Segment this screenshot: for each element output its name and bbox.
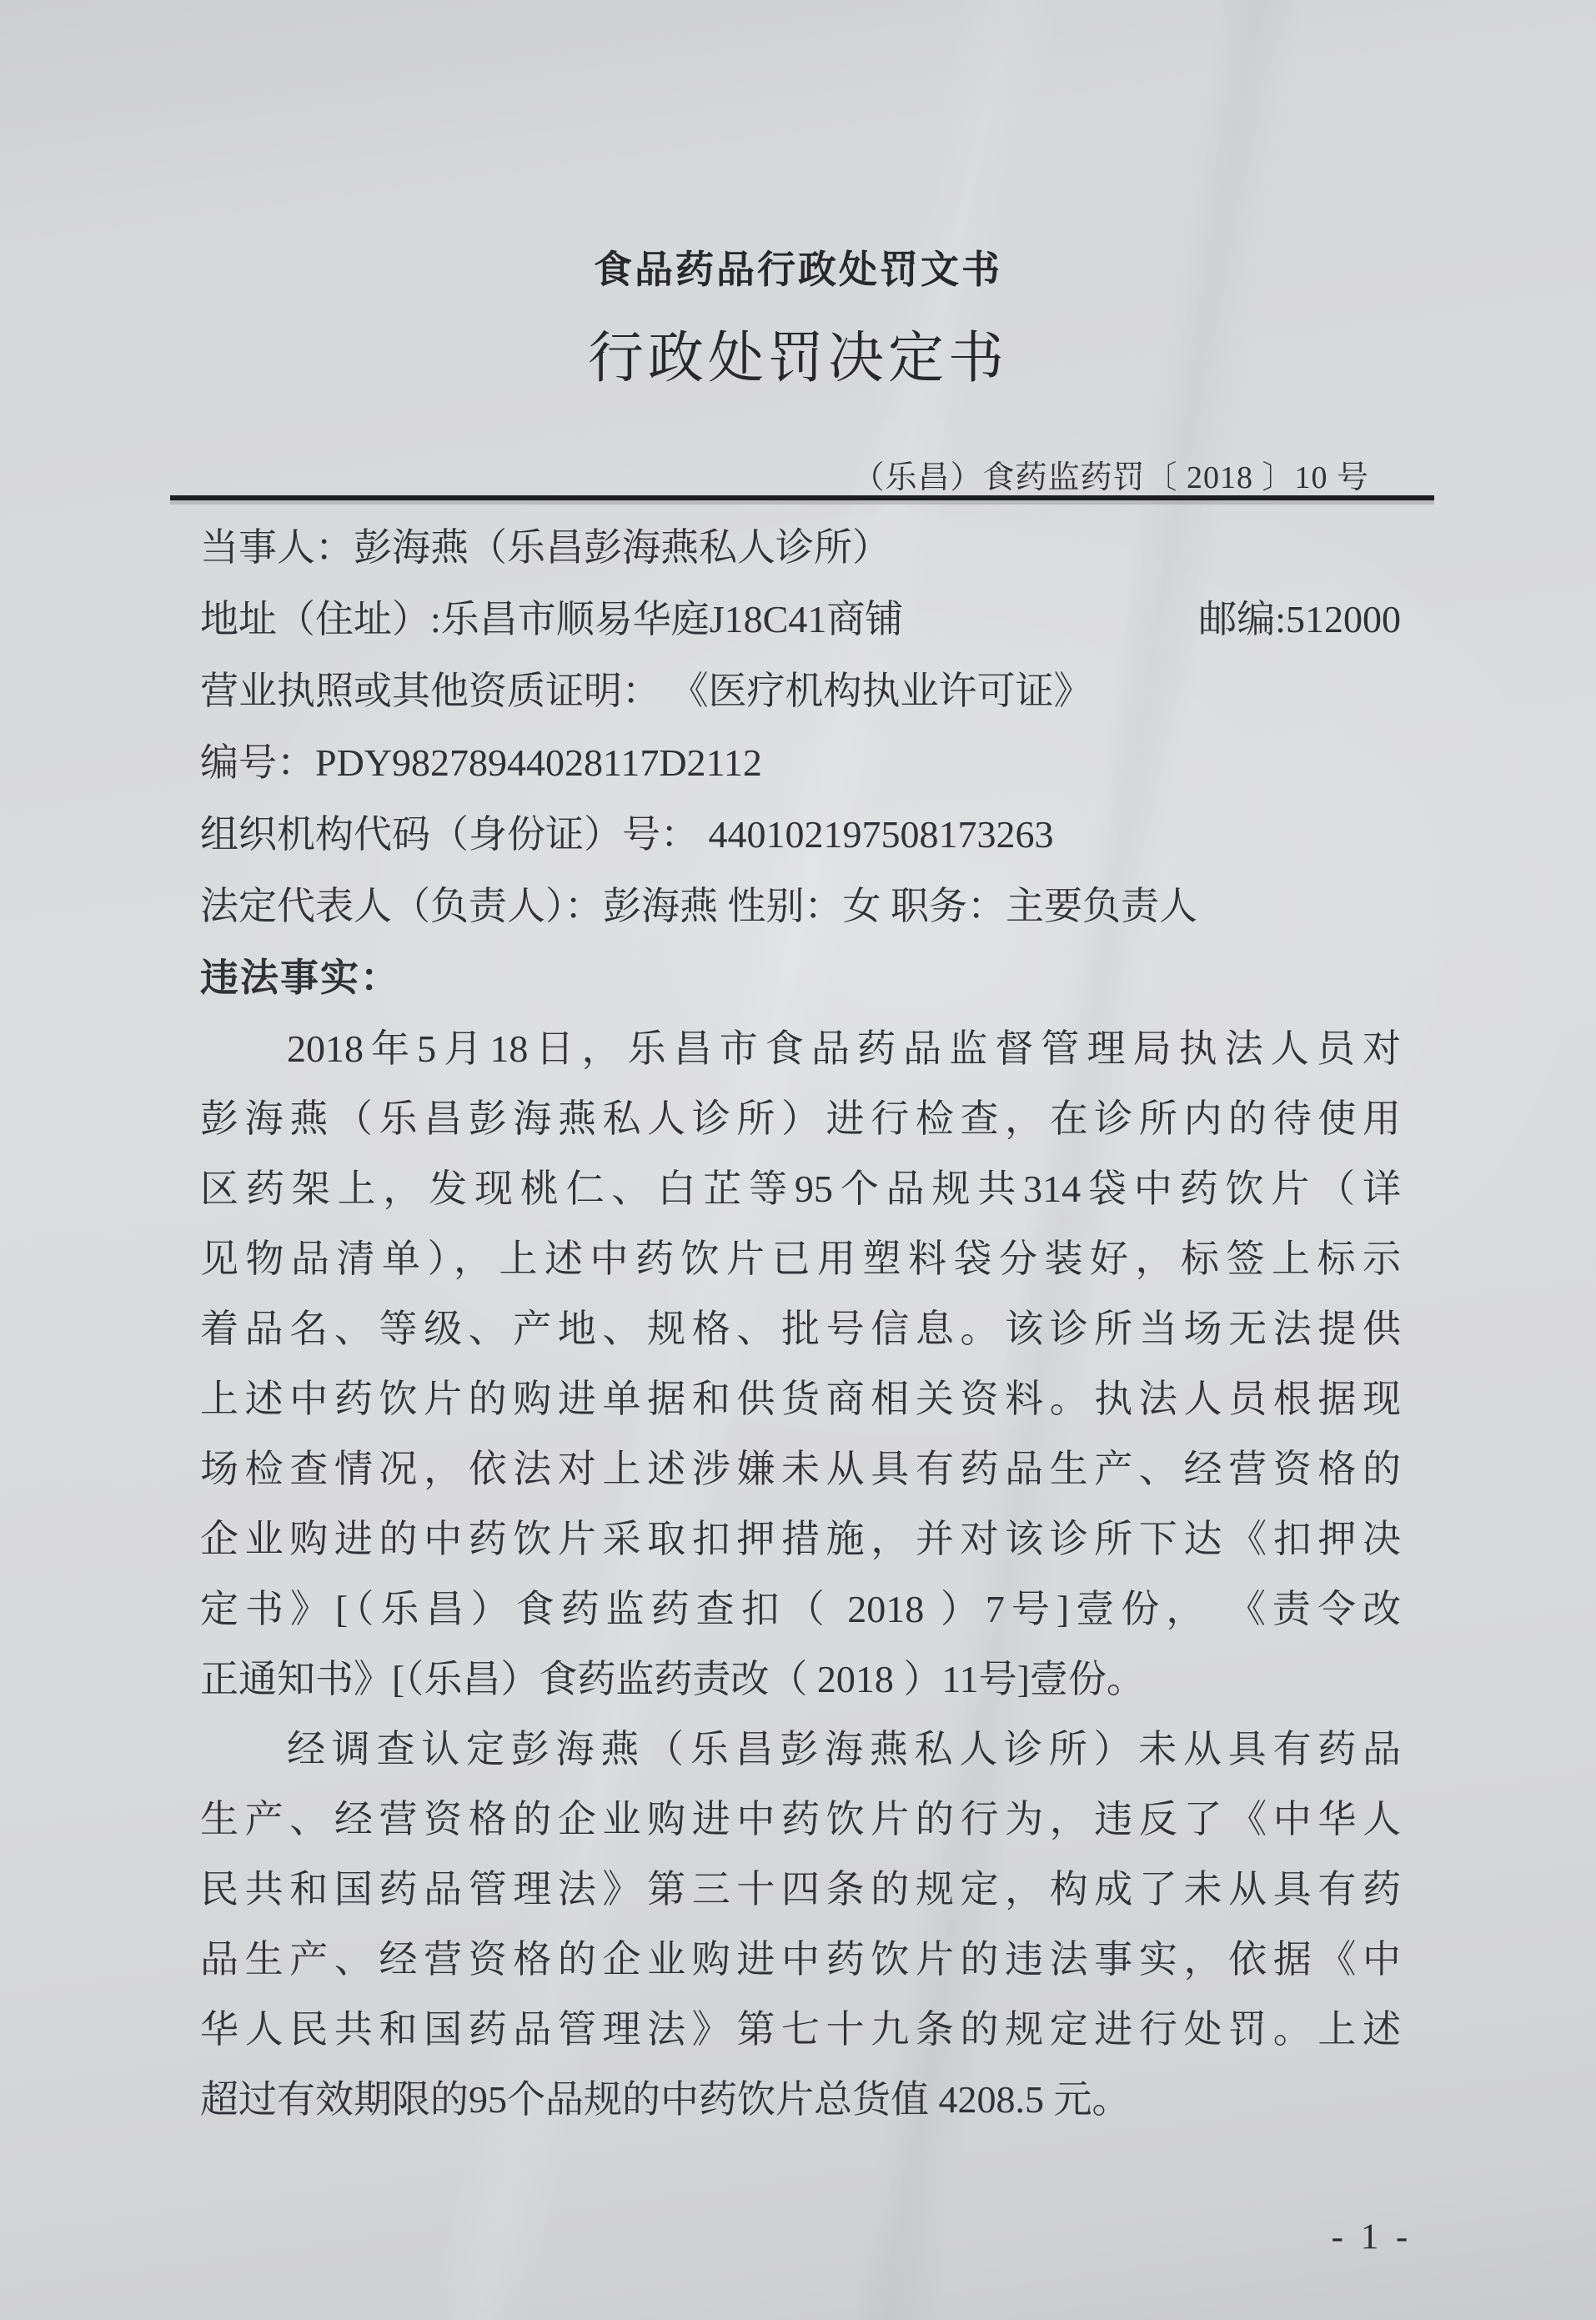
page-title: 行政处罚决定书	[0, 314, 1596, 394]
paragraph: 2018年5月18日，乐昌市食品药品监督管理局执法人员对彭海燕（乐昌彭海燕私人诊…	[200, 1014, 1401, 1715]
document-number: （乐昌）食药监药罚〔 2018 〕10 号	[852, 451, 1369, 497]
paragraph-line: 企业购进的中药饮片采取扣押措施，并对该诊所下达《扣押决	[200, 1504, 1401, 1574]
paragraph-line: 超过有效期限的95个品规的中药饮片总货值 4208.5 元。	[200, 2065, 1401, 2135]
info-line: 编号：PDY98278944028117D2112	[200, 727, 1401, 799]
paragraph-line: 正通知书》[（乐昌）食药监药责改（ 2018 ）11号]壹份。	[200, 1645, 1401, 1715]
postal-code-text: 邮编:512000	[1198, 584, 1401, 655]
penalty-document-page: 食品药品行政处罚文书 行政处罚决定书 （乐昌）食药监药罚〔 2018 〕10 号…	[0, 0, 1596, 2320]
party-info-section: 当事人：彭海燕（乐昌彭海燕私人诊所）地址（住址）:乐昌市顺易华庭J18C41商铺…	[200, 512, 1401, 1014]
paragraph-line: 华人民共和国药品管理法》第七十九条的规定进行处罚。上述	[200, 1995, 1401, 2065]
paragraph-line: 区药架上，发现桃仁、白芷等95个品规共314袋中药饮片（详	[200, 1154, 1401, 1224]
paragraph-line: 2018年5月18日，乐昌市食品药品监督管理局执法人员对	[200, 1014, 1401, 1084]
paragraph-line: 经调查认定彭海燕（乐昌彭海燕私人诊所）未从具有药品	[200, 1715, 1401, 1785]
paragraph-line: 生产、经营资格的企业购进中药饮片的行为，违反了《中华人	[200, 1785, 1401, 1855]
paragraph-line: 品生产、经营资格的企业购进中药饮片的违法事实，依据《中	[200, 1925, 1401, 1995]
info-line: 法定代表人（负责人）：彭海燕 性别：女 职务：主要负责人	[200, 871, 1401, 942]
document-body: 2018年5月18日，乐昌市食品药品监督管理局执法人员对彭海燕（乐昌彭海燕私人诊…	[200, 1014, 1401, 2135]
paragraph-line: 民共和国药品管理法》第三十四条的规定，构成了未从具有药	[200, 1855, 1401, 1925]
paragraph-line: 定书》[（乐昌）食药监药查扣（ 2018 ）7号]壹份， 《责令改	[200, 1574, 1401, 1645]
paragraph-line: 彭海燕（乐昌彭海燕私人诊所）进行检查，在诊所内的待使用	[200, 1084, 1401, 1154]
info-line: 违法事实：	[200, 942, 1401, 1014]
page-number: - 1 -	[1301, 2217, 1443, 2257]
document-category-title: 食品药品行政处罚文书	[0, 239, 1596, 294]
paragraph-line: 见物品清单），上述中药饮片已用塑料袋分装好，标签上标示	[200, 1224, 1401, 1294]
info-line: 组织机构代码（身份证）号： 440102197508173263	[200, 799, 1401, 871]
address-text: 地址（住址）:乐昌市顺易华庭J18C41商铺	[200, 584, 903, 655]
header-divider	[170, 495, 1434, 500]
paragraph-line: 场检查情况，依法对上述涉嫌未从具有药品生产、经营资格的	[200, 1434, 1401, 1504]
paragraph: 经调查认定彭海燕（乐昌彭海燕私人诊所）未从具有药品生产、经营资格的企业购进中药饮…	[200, 1715, 1401, 2135]
paragraph-line: 上述中药饮片的购进单据和供货商相关资料。执法人员根据现	[200, 1364, 1401, 1434]
info-line: 地址（住址）:乐昌市顺易华庭J18C41商铺邮编:512000	[200, 584, 1401, 655]
paragraph-line: 着品名、等级、产地、规格、批号信息。该诊所当场无法提供	[200, 1294, 1401, 1364]
info-line: 营业执照或其他资质证明： 《医疗机构执业许可证》	[200, 655, 1401, 727]
info-line: 当事人：彭海燕（乐昌彭海燕私人诊所）	[200, 512, 1401, 584]
